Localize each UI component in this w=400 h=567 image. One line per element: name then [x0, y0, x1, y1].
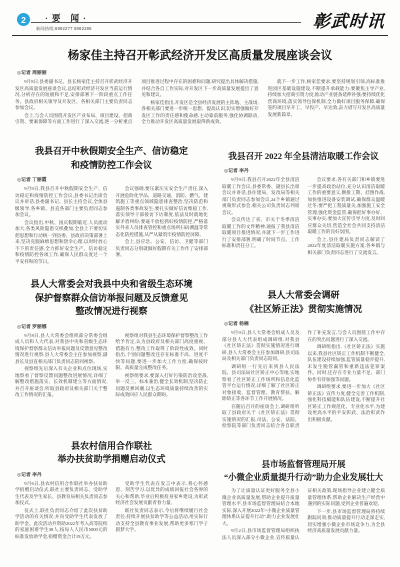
article-body: 9月9日,我县召开2022年全县清洁取暖工作会议,县委常委、副县长出席会议并讲话… [222, 177, 385, 276]
article-devzone-meeting: 杨家佳主持召开彰武经济开发区高质量发展座谈会议 ◎记者 周丽丽 9月8日,县委副… [15, 48, 385, 136]
headline-line: “小微企业质量提升行动”助力企业发展壮大 [222, 472, 385, 485]
article-small-business-quality-action: 县市场监督管理局开展 “小微企业质量提升行动”助力企业发展壮大 为了让质量认证更… [222, 459, 385, 550]
headline-line: 县农村信用合作联社 [15, 440, 208, 454]
article-headline: 杨家佳主持召开彰武经济开发区高质量发展座谈会议 [15, 48, 385, 65]
body-paragraph: 视察组要求,要深入打好污染防治攻坚战,举一反三、标本兼治,健全长效机制,坚决防止… [116, 373, 209, 399]
article-headline: 县人大常委会对我县中央和省级生态环境 保护督察群众信访举报问题及反馈意见 整改情… [15, 278, 208, 319]
article-body: 9月8日,县人大常委会组织部分常委会组成人员和人大代表,对我县中央和省级生态环境… [15, 333, 208, 433]
body-paragraph: 会上,县住建局负责同志解读了2022年度清洁取暖实施方案,各乡镇与相关部门负责同… [308, 237, 386, 257]
body-paragraph: 9月8日,县委副书记、县长杨家佳主持召开彰武经济开发区高质量发展座谈会议,总结彰… [15, 79, 132, 112]
body-paragraph: 9月6日,县农村信用合作联社举办扶贫助学捐赠启动仪式,联社主要负责同志、受助学生… [15, 481, 108, 507]
article-clean-heating-meeting: 我县召开 2022 年全县清洁取暖工作会议 ◎记者 李丹 9月9日,我县召开20… [222, 150, 385, 276]
headline-line: 杨家佳主持召开彰武经济开发区高质量发展座谈会议 [15, 48, 385, 65]
article-byline: ◎记者 周丽丽 [17, 69, 385, 76]
headline-line: 县市场监督管理局开展 [222, 459, 385, 472]
body-paragraph: 视察组对我县生态环境保护督察整改工作给予肯定,认为县政府及相关部门高度重视、措施… [116, 333, 209, 372]
article-headline: 县市场监督管理局开展 “小微企业质量提升行动”助力企业发展壮大 [222, 459, 385, 484]
body-paragraph: 联社负责同志表示,今后将继续履行社会责任,持续开展扶贫助学等公益活动,用实际行动… [116, 508, 209, 534]
article-env-inspection: 县人大常委会对我县中央和省级生态环境 保护督察群众信访举报问题及反馈意见 整改情… [15, 278, 208, 433]
article-community-correction-research: 县人大常委会调研 《社区矫正法》贯彻实施情况 ◎记者 杨楠 9月9日,县人大常委… [222, 289, 385, 454]
headline-line: 举办扶贫助学捐赠启动仪式 [15, 453, 208, 467]
body-paragraph: 调研组指出,《社区矫正法》实施以来,我县社区矫正工作机制不断健全,队伍建设持续加… [308, 344, 386, 383]
body-paragraph: 会议传达了省、市关于冬季清洁取暖工作的文件精神,通报了我县清洁取暖项目推进情况,… [222, 217, 300, 250]
headline-line: 整改情况进行视察 [15, 305, 208, 319]
article-headline: 我县召开 2022 年全县清洁取暖工作会议 [222, 150, 385, 163]
headline-line: 县人大常委会调研 [222, 289, 385, 303]
page-number-badge: 2 [17, 13, 30, 26]
article-headline: 县人大常委会调研 《社区矫正法》贯彻实施情况 [222, 289, 385, 316]
article-body: 为了让质量认证更好服务全县小微企业高质量发展,帮助企业提升质量管理水平,县市场监… [222, 488, 385, 550]
page-columns: 我县召开中秋假期安全生产、信访稳定 和疫情防控工作会议 ◎记者 丁丽霞 9月9日… [15, 141, 385, 565]
article-body: 9月8日,县委副书记、县长杨家佳主持召开彰武经济开发区高质量发展座谈会议,总结彰… [15, 79, 385, 136]
body-paragraph: 视察组先后深入有关企业和点位现场,实地察看了督察反馈问题整改进展情况,详细了解整… [15, 366, 108, 399]
body-paragraph: 仪式上,联社负责同志介绍了此次扶贫助学活动的有关情况,并向受助学生代表发放了助学… [15, 508, 108, 541]
article-byline: ◎记者 李丹 [224, 167, 385, 174]
headline-line: 我县召开中秋假期安全生产、信访稳定 [15, 145, 208, 159]
body-paragraph: 会议指出,中秋、国庆假期临近,人员流动加大,各类风险隐患交织叠加,全县上下要切实… [15, 220, 108, 266]
article-credit-union-donation: 县农村信用合作联社 举办扶贫助学捐赠启动仪式 ◎记者 李丹 9月6日,县农村信用… [15, 440, 208, 565]
article-headline: 县农村信用合作联社 举办扶贫助学捐赠启动仪式 [15, 440, 208, 467]
article-holiday-safety-meeting: 我县召开中秋假期安全生产、信访稳定 和疫情防控工作会议 ◎记者 丁丽霞 9月9日… [15, 145, 208, 267]
article-byline: ◎记者 李丹 [17, 471, 208, 478]
body-paragraph: 会议要求,各有关部门和乡镇要进一步提高政治站位,充分认识清洁取暖工作的重要意义,… [308, 177, 386, 236]
body-paragraph: 9月9日,县人大常委会组成人员及部分县人大代表组成调研组,对我县《社区矫正法》贯… [222, 330, 300, 363]
body-paragraph: 就下一步工作,杨家佳要求,要坚持规划引领,高标准推进园区基础设施建设,不断提升承… [268, 79, 385, 118]
article-body: 9月9日,县人大常委会组成人员及部分县人大代表组成调研组,对我县《社区矫正法》贯… [222, 330, 385, 454]
article-byline: ◎记者 丁丽霞 [17, 176, 208, 183]
headline-line: 县人大常委会对我县中央和省级生态环境 [15, 278, 208, 292]
headline-line: 《社区矫正法》贯彻实施情况 [222, 303, 385, 317]
headline-line: 保护督察群众信访举报问题及反馈意见 [15, 292, 208, 306]
masthead-logo: 彰武时讯 [312, 7, 386, 32]
page-header: 2 ·要 闻· 新闻热线:6982277 6982286 彰武时讯 [15, 12, 385, 38]
body-paragraph: 杨家佳指出,开发区是全县经济发展的主阵地、主战场,各相关部门要进一步统一思想、提… [141, 100, 258, 126]
article-body: 9月9日,我县召开中秋假期安全生产、信访稳定和疫情防控工作会议,县委书记出席会议… [15, 186, 208, 267]
newspaper-page: 2 ·要 闻· 新闻热线:6982277 6982286 彰武时讯 杨家佳主持召… [0, 0, 400, 567]
header-rule-thick [12, 35, 388, 36]
news-hotline: 新闻热线:6982277 6982286 [36, 26, 92, 32]
body-paragraph: 调研组一行先后来到县人民法院、县司法局社区矫正中心等地,实地察看了社区矫正工作场… [222, 364, 300, 403]
headline-line: 和疫情防控工作会议 [15, 159, 208, 173]
body-paragraph: 会议强调,要压紧压实安全生产责任,深入开展危险化学品、道路交通、消防、燃气、建筑… [116, 186, 209, 238]
body-paragraph: 下一步,县市场监督管理局将持续跟踪问效,推动质量提升行动走深走实,切实增强小微企… [308, 509, 386, 535]
article-headline: 我县召开中秋假期安全生产、信访稳定 和疫情防控工作会议 [15, 145, 208, 172]
article-body: 9月6日,县农村信用合作联社举办扶贫助学捐赠启动仪式,联社主要负责同志、受助学生… [15, 481, 208, 565]
article-byline: ◎记者 罗丽娜 [17, 323, 208, 330]
header-rule-thin [31, 22, 301, 23]
headline-line: 我县召开 2022 年全县清洁取暖工作会议 [222, 150, 385, 163]
body-paragraph: 受助学生代表在发言中表示,将心怀感恩、刻苦学习,以优异的成绩回报社会各界的关心和… [116, 481, 209, 507]
right-column: 我县召开 2022 年全县清洁取暖工作会议 ◎记者 李丹 9月9日,我县召开20… [222, 141, 385, 565]
body-paragraph: 为了让质量认证更好服务全县小微企业高质量发展,帮助企业提升质量管理水平,县市场监… [222, 488, 300, 527]
body-paragraph: 会上,县应急、公安、信访、卫健等部门负责同志分别就做好假期有关工作作了安排部署。 [116, 239, 209, 259]
article-byline: ◎记者 杨楠 [224, 320, 385, 327]
body-paragraph: 调研组要求,要进一步加大《社区矫正法》宣传力度,健全完善工作机制,强化科技赋能和… [308, 384, 386, 423]
body-paragraph: 9月9日,我县召开中秋假期安全生产、信访稳定和疫情防控工作会议,县委书记出席会议… [15, 186, 108, 219]
left-column: 我县召开中秋假期安全生产、信访稳定 和疫情防控工作会议 ◎记者 丁丽霞 9月9日… [15, 141, 208, 565]
body-paragraph: 9月9日,我县召开2022年全县清洁取暖工作会议,县委常委、副县长出席会议并讲话… [222, 177, 300, 216]
body-paragraph: 9月8日,县人大常委会组织部分常委会组成人员和人大代表,对我县中央和省级生态环境… [15, 333, 108, 366]
